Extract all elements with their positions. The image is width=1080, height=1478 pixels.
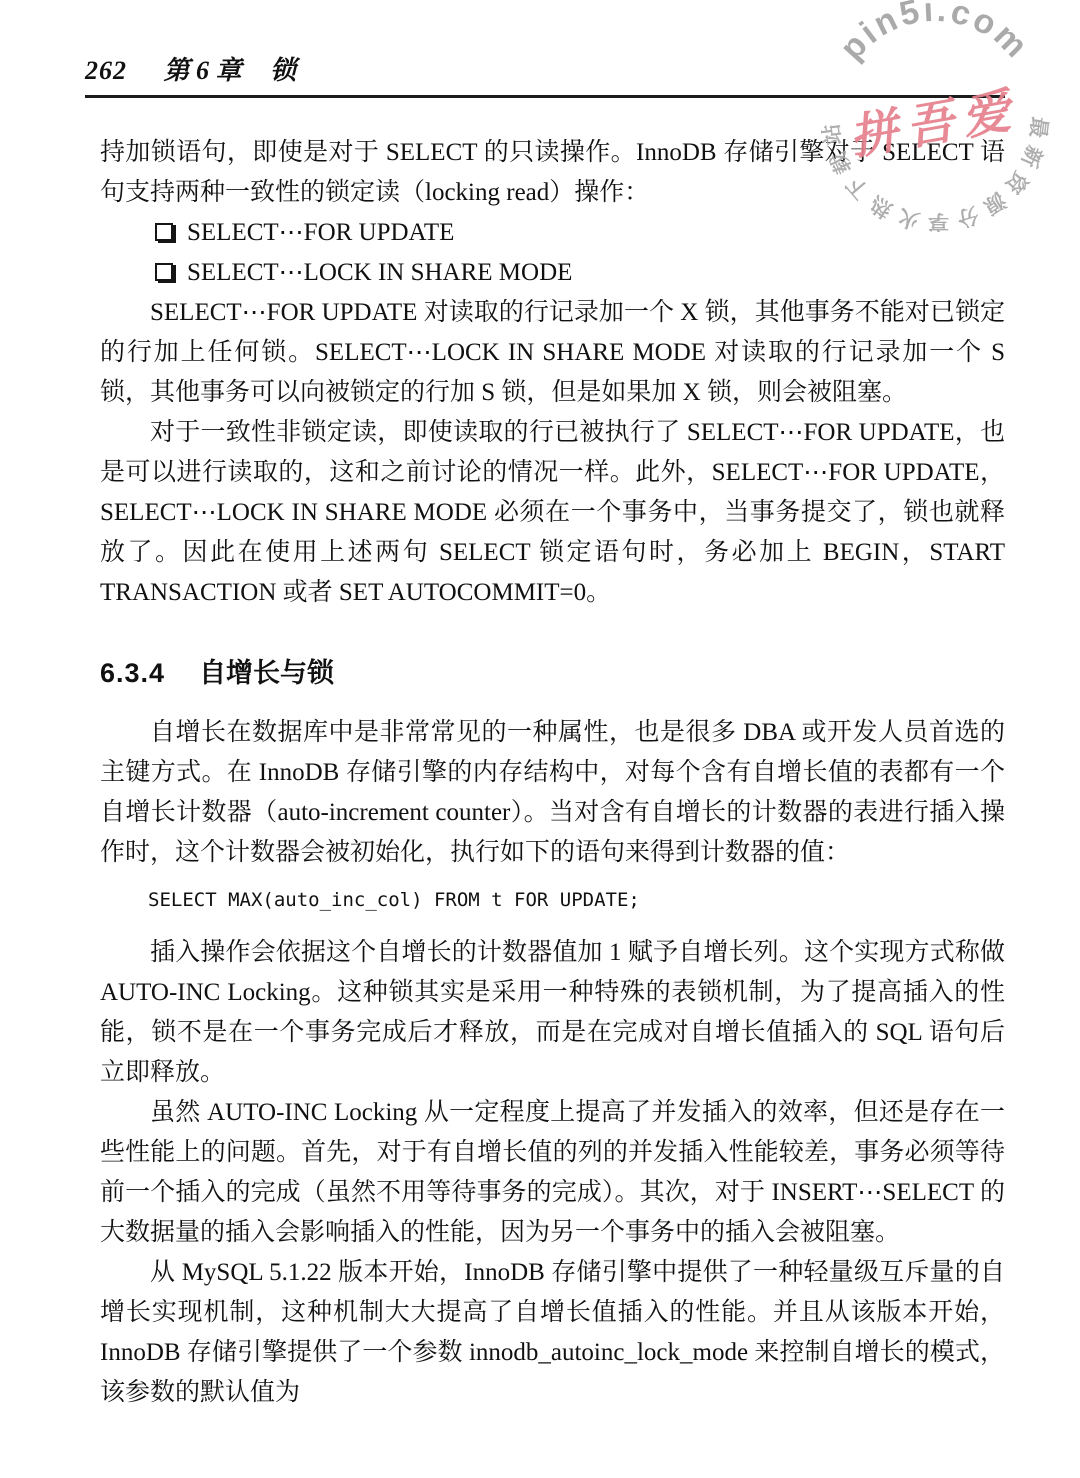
paragraph-select-continuation: 持加锁语句，即使是对于 SELECT 的只读操作。InnoDB 存储引擎对于 S… <box>100 133 1005 213</box>
chapter-label: 第 6 章 <box>164 56 242 85</box>
section-number: 6.3.4 <box>100 658 165 688</box>
paragraph-mysql-5122: 从 MySQL 5.1.22 版本开始，InnoDB 存储引擎中提供了一种轻量级… <box>100 1253 1005 1413</box>
paragraph-autoinc-locking: 插入操作会依据这个自增长的计数器值加 1 赋予自增长列。这个实现方式称做 AUT… <box>100 933 1005 1093</box>
square-bullet-icon <box>155 223 173 241</box>
paragraph-consistent-read: 对于一致性非锁定读，即使读取的行已被执行了 SELECT⋯FOR UPDATE，… <box>100 413 1005 613</box>
page-body: 持加锁语句，即使是对于 SELECT 的只读操作。InnoDB 存储引擎对于 S… <box>100 133 1005 1413</box>
running-header: 262 第 6 章 锁 <box>85 50 1005 98</box>
chapter-name: 锁 <box>270 56 296 85</box>
section-title: 自增长与锁 <box>199 658 334 688</box>
list-item-label: SELECT⋯FOR UPDATE <box>187 219 454 246</box>
locking-read-list: SELECT⋯FOR UPDATE SELECT⋯LOCK IN SHARE M… <box>100 213 1005 293</box>
list-item: SELECT⋯FOR UPDATE <box>155 213 1005 253</box>
list-item: SELECT⋯LOCK IN SHARE MODE <box>155 253 1005 293</box>
section-heading: 6.3.4自增长与锁 <box>100 653 1005 693</box>
book-page: 262 第 6 章 锁 持加锁语句，即使是对于 SELECT 的只读操作。Inn… <box>0 0 1080 1478</box>
square-bullet-icon <box>155 263 173 281</box>
paragraph-autoinc-intro: 自增长在数据库中是非常常见的一种属性，也是很多 DBA 或开发人员首选的主键方式… <box>100 713 1005 873</box>
sql-code-line: SELECT MAX(auto_inc_col) FROM t FOR UPDA… <box>100 885 1005 915</box>
paragraph-autoinc-problems: 虽然 AUTO-INC Locking 从一定程度上提高了并发插入的效率，但还是… <box>100 1093 1005 1253</box>
list-item-label: SELECT⋯LOCK IN SHARE MODE <box>187 259 572 286</box>
page-number: 262 <box>85 56 127 85</box>
paragraph-select-locks: SELECT⋯FOR UPDATE 对读取的行记录加一个 X 锁，其他事务不能对… <box>100 293 1005 413</box>
